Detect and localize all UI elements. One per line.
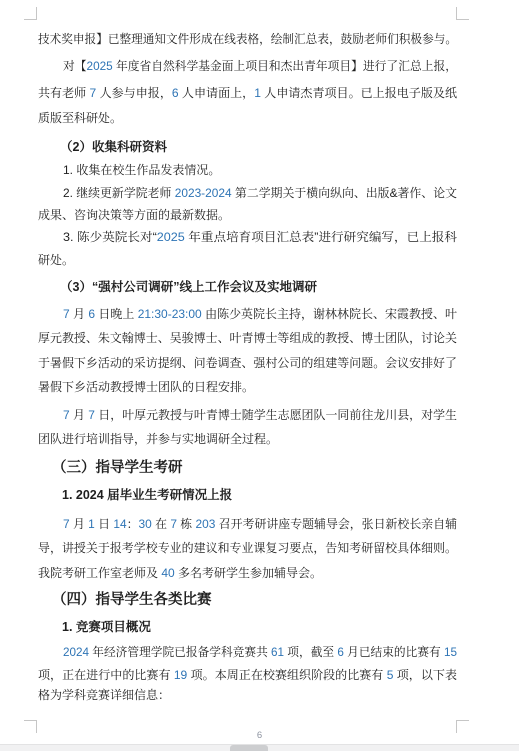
number-text: 203 [196, 517, 216, 531]
doc-line-text: 7 月 1 日 14：30 在 7 栋 203 召开考研讲座专题辅导会，张日新校… [63, 515, 457, 533]
doc-line-text: （三）指导学生考研 [52, 459, 183, 477]
number-text: 7 [63, 307, 70, 321]
text-segment: 项，以下表 [393, 668, 457, 682]
doc-line-8: 成果、咨询决策等方面的最新数据。 [38, 206, 457, 224]
doc-line-text: 于暑假下乡活动的采访提纲、问卷调查、强村公司的组建等问题。会议安排好了 [38, 354, 457, 372]
text-segment: 格为学科竞赛详细信息： [38, 688, 170, 702]
text-segment: 第二学期关于横向纵向、出版&著作、论文 [232, 186, 457, 200]
text-segment: 厚元教授、朱文翰博士、吴骏博士、叶青博士等组成的教授、博士团队，讨论关 [38, 331, 457, 345]
doc-line-14: 于暑假下乡活动的采访提纲、问卷调查、强村公司的组建等问题。会议安排好了 [38, 354, 457, 372]
text-segment: 成果、咨询决策等方面的最新数据。 [38, 208, 230, 222]
doc-line-13: 厚元教授、朱文翰博士、吴骏博士、叶青博士等组成的教授、博士团队，讨论关 [38, 329, 457, 347]
doc-line-text: 暑假下乡活动教授博士团队的日程安排。 [38, 378, 254, 396]
doc-line-25: 2024 年经济管理学院已报备学科竞赛共 61 项，截至 6 月已结束的比赛有 … [38, 643, 457, 661]
doc-line-20: 7 月 1 日 14：30 在 7 栋 203 召开考研讲座专题辅导会，张日新校… [38, 515, 457, 533]
margin-crop-mark-top-left [24, 7, 37, 20]
doc-line-text: 厚元教授、朱文翰博士、吴骏博士、叶青博士等组成的教授、博士团队，讨论关 [38, 329, 457, 347]
doc-line-text: 1. 竞赛项目概况 [62, 618, 151, 636]
number-text: 2024 [63, 645, 89, 659]
text-segment: 1. 收集在校生作品发表情况。 [63, 163, 220, 177]
doc-line-text: 1. 收集在校生作品发表情况。 [63, 161, 220, 179]
text-segment: 年度省自然科学基金面上项目和杰出青年项目】进行了汇总上报， [113, 59, 457, 73]
doc-line-9: 3. 陈少英院长对“2025 年重点培育项目汇总表”进行研究编写，已上报科 [38, 228, 457, 246]
doc-line-text: 质版至科研处。 [38, 109, 122, 127]
doc-line-3: 共有老师 7 人参与申报，6 人申请面上，1 人申请杰青项目。已上报电子版及纸 [38, 84, 457, 102]
doc-line-text: 团队进行培训指导，并参与实地调研全过程。 [38, 430, 278, 448]
text-segment: 项，截至 [284, 645, 337, 659]
number-text: 14 [113, 517, 126, 531]
text-segment: 团队进行培训指导，并参与实地调研全过程。 [38, 432, 278, 446]
text-segment: 月已结束的比赛有 [344, 645, 444, 659]
text-segment: 日，叶厚元教授与叶青博士随学生志愿团队一同前往龙川县，对学生 [95, 408, 457, 422]
doc-line-15: 暑假下乡活动教授博士团队的日程安排。 [38, 378, 457, 396]
doc-line-12: 7 月 6 日晚上 21:30-23:00 由陈少英院长主持，谢林林院长、宋霞教… [38, 305, 457, 323]
number-text: 2025 [157, 230, 185, 244]
text-segment: 月 [70, 517, 89, 531]
text-segment: 共有老师 [38, 86, 90, 100]
doc-line-text: 共有老师 7 人参与申报，6 人申请面上，1 人申请杰青项目。已上报电子版及纸 [38, 84, 457, 102]
doc-line-1: 技术奖申报】已整理通知文件形成在线表格，绘制汇总表，鼓励老师们积极参与。 [38, 30, 457, 48]
text-segment: 项，正在进行中的比赛有 [38, 668, 174, 682]
doc-line-text: 2024 年经济管理学院已报备学科竞赛共 61 项，截至 6 月已结束的比赛有 … [63, 643, 457, 661]
doc-line-6: 1. 收集在校生作品发表情况。 [38, 161, 457, 179]
doc-line-18: （三）指导学生考研 [38, 459, 457, 477]
horizontal-scrollbar-track[interactable] [0, 744, 519, 751]
doc-line-text: 我院考研工作室老师及 40 多名考研学生参加辅导会。 [38, 564, 322, 582]
text-segment: ： [127, 517, 139, 531]
margin-crop-mark-top-right [456, 7, 469, 20]
doc-line-text: 对【2025 年度省自然科学基金面上项目和杰出青年项目】进行了汇总上报， [63, 57, 457, 75]
text-segment: 日 [95, 517, 114, 531]
text-segment: 年重点培育项目汇总表”进行研究编写，已上报科 [185, 230, 457, 244]
doc-line-text: 技术奖申报】已整理通知文件形成在线表格，绘制汇总表，鼓励老师们积极参与。 [38, 30, 457, 48]
doc-line-text: 3. 陈少英院长对“2025 年重点培育项目汇总表”进行研究编写，已上报科 [63, 228, 457, 246]
text-segment: 人申请杰青项目。已上报电子版及纸 [261, 86, 457, 100]
text-segment: （3）“强村公司调研”线上工作会议及实地调研 [60, 280, 317, 294]
text-segment: 项。本周正在校赛组织阶段的比赛有 [187, 668, 386, 682]
text-segment: （2）收集科研资料 [60, 140, 167, 154]
text-segment: 对【 [63, 59, 87, 73]
doc-line-27: 格为学科竞赛详细信息： [38, 686, 457, 704]
text-segment: 年经济管理学院已报备学科竞赛共 [89, 645, 271, 659]
text-segment: 1. 竞赛项目概况 [62, 620, 151, 634]
doc-line-26: 项，正在进行中的比赛有 19 项。本周正在校赛组织阶段的比赛有 5 项，以下表 [38, 666, 457, 684]
text-segment: 1. 2024 届毕业生考研情况上报 [62, 488, 232, 502]
text-segment: 我院考研工作室老师及 [38, 566, 161, 580]
text-segment: 日晚上 [95, 307, 138, 321]
doc-line-19: 1. 2024 届毕业生考研情况上报 [38, 486, 457, 504]
doc-line-text: 1. 2024 届毕业生考研情况上报 [62, 486, 232, 504]
doc-line-24: 1. 竞赛项目概况 [38, 618, 457, 636]
number-text: 2025 [87, 59, 113, 73]
text-segment: 研处。 [38, 253, 74, 267]
doc-line-text: （四）指导学生各类比赛 [52, 591, 212, 609]
text-segment: 2. 继续更新学院老师 [63, 186, 175, 200]
text-segment: 召开考研讲座专题辅导会，张日新校长亲自辅 [215, 517, 457, 531]
text-segment: 于暑假下乡活动的采访提纲、问卷调查、强村公司的组建等问题。会议安排好了 [38, 356, 457, 370]
doc-line-text: 导，讲授关于报考学校专业的建议和专业课复习要点，告知考研留校具体细则。 [38, 539, 457, 557]
text-segment: 多名考研学生参加辅导会。 [175, 566, 322, 580]
number-text: 21:30-23:00 [138, 307, 202, 321]
text-segment: 暑假下乡活动教授博士团队的日程安排。 [38, 380, 254, 394]
text-segment: 在 [152, 517, 171, 531]
number-text: 7 [170, 517, 177, 531]
text-segment: 月 [70, 408, 89, 422]
doc-line-10: 研处。 [38, 251, 457, 269]
doc-line-4: 质版至科研处。 [38, 109, 457, 127]
doc-line-text: 研处。 [38, 251, 74, 269]
doc-line-5: （2）收集科研资料 [38, 138, 457, 156]
number-text: 7 [63, 408, 70, 422]
text-segment: （三）指导学生考研 [52, 460, 183, 476]
number-text: 19 [174, 668, 187, 682]
doc-line-text: （3）“强村公司调研”线上工作会议及实地调研 [60, 278, 317, 296]
doc-line-23: （四）指导学生各类比赛 [38, 591, 457, 609]
number-text: 2023-2024 [175, 186, 232, 200]
doc-line-7: 2. 继续更新学院老师 2023-2024 第二学期关于横向纵向、出版&著作、论… [38, 184, 457, 202]
number-text: 61 [271, 645, 284, 659]
doc-line-2: 对【2025 年度省自然科学基金面上项目和杰出青年项目】进行了汇总上报， [38, 57, 457, 75]
text-segment: 技术奖申报】已整理通知文件形成在线表格，绘制汇总表，鼓励老师们积极参与。 [38, 32, 457, 46]
text-segment: 3. 陈少英院长对“ [63, 230, 157, 244]
document-page[interactable]: 技术奖申报】已整理通知文件形成在线表格，绘制汇总表，鼓励老师们积极参与。对【20… [38, 0, 457, 751]
doc-line-text: 7 月 7 日，叶厚元教授与叶青博士随学生志愿团队一同前往龙川县，对学生 [63, 406, 457, 424]
doc-line-text: （2）收集科研资料 [60, 138, 167, 156]
doc-line-text: 项，正在进行中的比赛有 19 项。本周正在校赛组织阶段的比赛有 5 项，以下表 [38, 666, 457, 684]
doc-line-22: 我院考研工作室老师及 40 多名考研学生参加辅导会。 [38, 564, 457, 582]
text-segment: 导，讲授关于报考学校专业的建议和专业课复习要点，告知考研留校具体细则。 [38, 541, 457, 555]
doc-line-text: 2. 继续更新学院老师 2023-2024 第二学期关于横向纵向、出版&著作、论… [63, 184, 457, 202]
text-segment: 人参与申报， [96, 86, 172, 100]
text-segment: 质版至科研处。 [38, 111, 122, 125]
doc-line-17: 团队进行培训指导，并参与实地调研全过程。 [38, 430, 457, 448]
doc-line-21: 导，讲授关于报考学校专业的建议和专业课复习要点，告知考研留校具体细则。 [38, 539, 457, 557]
page-number: 6 [0, 730, 519, 741]
text-segment: 月 [70, 307, 89, 321]
horizontal-scrollbar-thumb[interactable] [230, 745, 268, 751]
doc-line-text: 7 月 6 日晚上 21:30-23:00 由陈少英院长主持，谢林林院长、宋霞教… [63, 305, 457, 323]
number-text: 15 [444, 645, 457, 659]
doc-line-11: （3）“强村公司调研”线上工作会议及实地调研 [38, 278, 457, 296]
text-segment: 人申请面上， [179, 86, 255, 100]
doc-line-text: 格为学科竞赛详细信息： [38, 686, 170, 704]
text-segment: 由陈少英院长主持，谢林林院长、宋霞教授、叶 [202, 307, 457, 321]
number-text: 40 [161, 566, 174, 580]
text-segment: 栋 [177, 517, 196, 531]
doc-line-text: 成果、咨询决策等方面的最新数据。 [38, 206, 230, 224]
number-text: 30 [139, 517, 152, 531]
text-segment: （四）指导学生各类比赛 [52, 592, 212, 608]
doc-line-16: 7 月 7 日，叶厚元教授与叶青博士随学生志愿团队一同前往龙川县，对学生 [38, 406, 457, 424]
